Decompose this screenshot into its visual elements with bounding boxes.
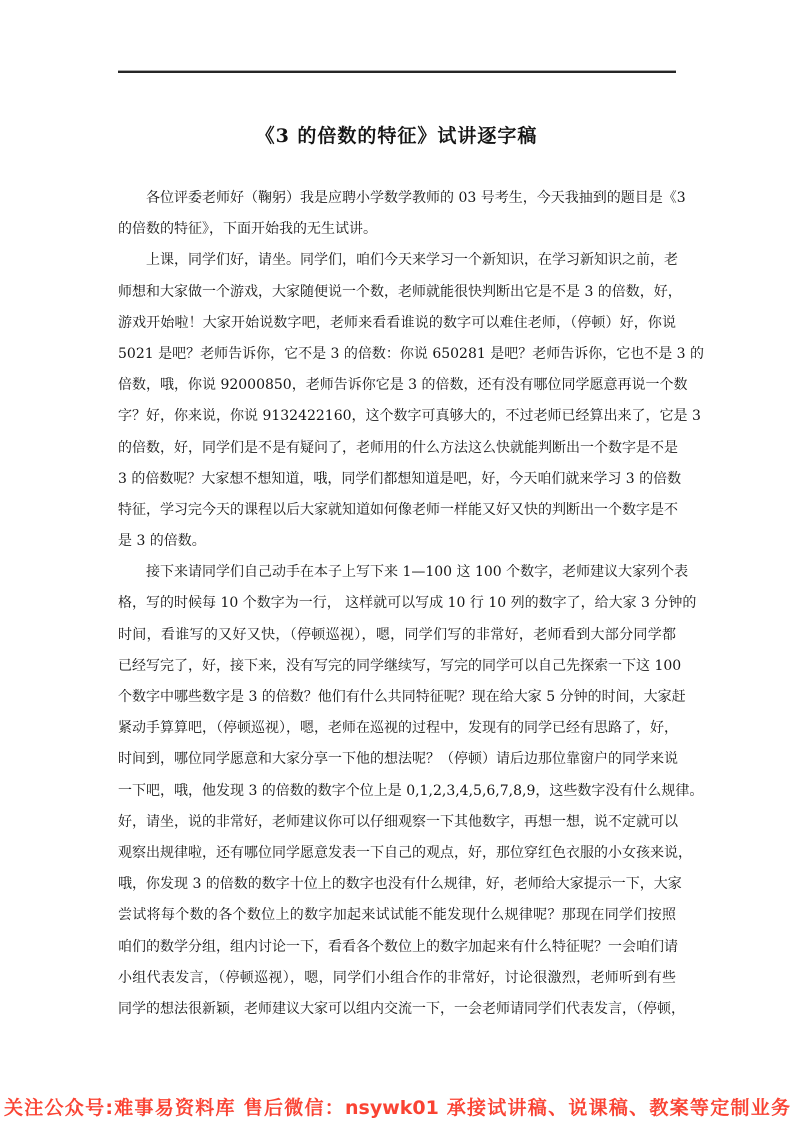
header-rule (118, 70, 676, 73)
text-line: 的倍数的特征》，下面开始我的无生试讲。 (118, 214, 676, 245)
promo-footer: 关注公众号:难事易资料库 售后微信：nsywk01 承接试讲稿、说课稿、教案等定… (4, 1096, 790, 1120)
document-page: 《3 的倍数的特征》试讲逐字稿 各位评委老师好（鞠躬）我是应聘小学数学教师的 0… (0, 0, 793, 1122)
text-line: 小组代表发言，（停顿巡视），嗯，同学们小组合作的非常好，讨论很激烈，老师听到有些 (118, 963, 676, 994)
document-body: 各位评委老师好（鞠躬）我是应聘小学数学教师的 03 号考生，今天我抽到的题目是《… (118, 183, 676, 1025)
text-line: 师想和大家做一个游戏，大家随便说一个数，老师就能很快判断出它是不是 3 的倍数，… (118, 277, 676, 308)
text-line: 观察出规律啦，还有哪位同学愿意发表一下自己的观点，好，那位穿红色衣服的小女孩来说… (118, 838, 676, 869)
page-title: 《3 的倍数的特征》试讲逐字稿 (0, 121, 793, 148)
text-line: 是 3 的倍数。 (118, 526, 676, 557)
text-line: 紧动手算算吧，（停顿巡视），嗯，老师在巡视的过程中，发现有的同学已经有思路了，好… (118, 713, 676, 744)
text-line: 特征，学习完今天的课程以后大家就知道如何像老师一样能又好又快的判断出一个数字是不 (118, 495, 676, 526)
text-line: 各位评委老师好（鞠躬）我是应聘小学数学教师的 03 号考生，今天我抽到的题目是《… (118, 183, 676, 214)
text-line: 3 的倍数呢？大家想不想知道，哦，同学们都想知道是吧，好，今天咱们就来学习 3 … (118, 464, 676, 495)
text-line: 哦，你发现 3 的倍数的数字十位上的数字也没有什么规律，好，老师给大家提示一下，… (118, 869, 676, 900)
text-line: 时间到，哪位同学愿意和大家分享一下他的想法呢？（停顿）请后边那位靠窗户的同学来说 (118, 744, 676, 775)
text-line: 一下吧，哦，他发现 3 的倍数的数字个位上是 0,1,2,3,4,5,6,7,8… (118, 776, 676, 807)
text-line: 字？好，你来说，你说 9132422160，这个数字可真够大的，不过老师已经算出… (118, 401, 676, 432)
text-line: 游戏开始啦！大家开始说数字吧，老师来看看谁说的数字可以难住老师，（停顿）好，你说 (118, 308, 676, 339)
text-line: 时间，看谁写的又好又快，（停顿巡视），嗯，同学们写的非常好，老师看到大部分同学都 (118, 620, 676, 651)
text-line: 咱们的数学分组，组内讨论一下，看看各个数位上的数字加起来有什么特征呢？一会咱们请 (118, 932, 676, 963)
text-line: 已经写完了，好，接下来，没有写完的同学继续写，写完的同学可以自己先探索一下这 1… (118, 651, 676, 682)
text-line: 同学的想法很新颖，老师建议大家可以组内交流一下，一会老师请同学们代表发言，（停顿… (118, 994, 676, 1025)
text-line: 5021 是吧？老师告诉你，它不是 3 的倍数：你说 650281 是吧？老师告… (118, 339, 676, 370)
text-line: 接下来请同学们自己动手在本子上写下来 1—100 这 100 个数字，老师建议大… (118, 557, 676, 588)
text-line: 好，请坐，说的非常好，老师建议你可以仔细观察一下其他数字，再想一想，说不定就可以 (118, 807, 676, 838)
text-line: 倍数，哦，你说 92000850，老师告诉你它是 3 的倍数，还有没有哪位同学愿… (118, 370, 676, 401)
text-line: 上课，同学们好，请坐。同学们，咱们今天来学习一个新知识，在学习新知识之前，老 (118, 245, 676, 276)
text-line: 格，写的时候每 10 个数字为一行， 这样就可以写成 10 行 10 列的数字了… (118, 588, 676, 619)
text-line: 的倍数，好，同学们是不是有疑问了，老师用的什么方法这么快就能判断出一个数字是不是 (118, 433, 676, 464)
text-line: 个数字中哪些数字是 3 的倍数？他们有什么共同特征呢？现在给大家 5 分钟的时间… (118, 682, 676, 713)
text-line: 尝试将每个数的各个数位上的数字加起来试试能不能发现什么规律呢？那现在同学们按照 (118, 900, 676, 931)
